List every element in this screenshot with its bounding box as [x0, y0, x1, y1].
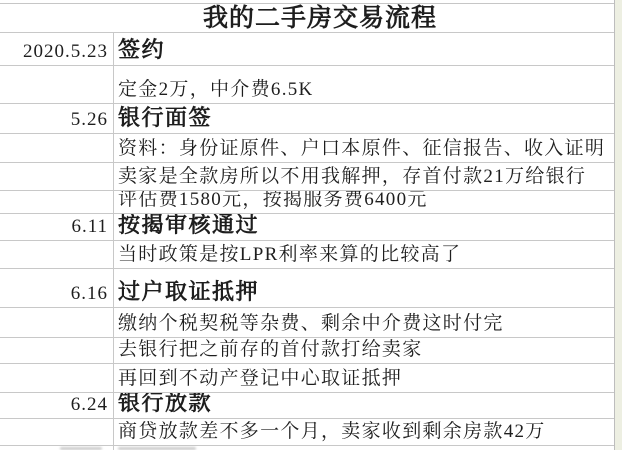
milestone-cell[interactable]: 银行面签	[114, 104, 614, 133]
date-cell[interactable]	[0, 66, 114, 103]
table-row: 6.11 按揭审核通过	[0, 214, 614, 241]
date-cell[interactable]: 6.16	[0, 269, 114, 307]
table-row: 2020.5.23 签约	[0, 33, 614, 66]
milestone-cell[interactable]: 签约	[114, 33, 614, 65]
date-cell[interactable]: 6.24	[0, 393, 114, 418]
table-row: 5.26 银行面签	[0, 104, 614, 134]
table-row: 评估费1580元，按揭服务费6400元	[0, 191, 614, 214]
detail-cell[interactable]: 评估费1580元，按揭服务费6400元	[114, 191, 614, 213]
detail-cell[interactable]: 资料：身份证原件、户口本原件、征信报告、收入证明	[114, 134, 614, 162]
table-row: 资料：身份证原件、户口本原件、征信报告、收入证明	[0, 134, 614, 163]
table-row: 卖家是全款房所以不用我解押，存首付款21万给银行	[0, 163, 614, 191]
date-cell[interactable]	[0, 163, 114, 190]
table-row-cutoff	[0, 446, 614, 450]
table-row: 再回到不动产登记中心取证抵押	[0, 364, 614, 393]
table-row: 定金2万，中介费6.5K	[0, 66, 614, 104]
date-cell[interactable]: 6.11	[0, 214, 114, 240]
table-row-title: 我的二手房交易流程	[0, 4, 614, 33]
table-row: 6.16 过户取证抵押	[0, 269, 614, 308]
milestone-cell[interactable]: 过户取证抵押	[114, 269, 614, 307]
date-cell[interactable]: 2020.5.23	[0, 33, 114, 65]
table-row: 当时政策是按LPR利率来算的比较高了	[0, 241, 614, 269]
milestone-cell[interactable]: 银行放款	[114, 393, 614, 418]
sheet-right-edge	[614, 0, 622, 450]
detail-cell[interactable]: 当时政策是按LPR利率来算的比较高了	[114, 241, 614, 268]
detail-cell[interactable]: 再回到不动产登记中心取证抵押	[114, 364, 614, 392]
milestone-cell[interactable]: 按揭审核通过	[114, 214, 614, 240]
date-cell[interactable]	[0, 191, 114, 213]
date-cell[interactable]	[0, 446, 114, 450]
date-cell[interactable]	[0, 364, 114, 392]
date-cell[interactable]: 5.26	[0, 104, 114, 133]
detail-cell[interactable]: 商贷放款差不多一个月，卖家收到剩余房款42万	[114, 419, 614, 445]
date-cell[interactable]	[0, 134, 114, 162]
table-row: 去银行把之前存的首付款打给卖家	[0, 338, 614, 364]
detail-cell[interactable]: 定金2万，中介费6.5K	[114, 66, 614, 103]
table-row: 商贷放款差不多一个月，卖家收到剩余房款42万	[0, 419, 614, 446]
transaction-timeline-table: 我的二手房交易流程 2020.5.23 签约 定金2万，中介费6.5K 5.26…	[0, 3, 614, 450]
page-title[interactable]: 我的二手房交易流程	[0, 6, 614, 31]
detail-cell[interactable]: 卖家是全款房所以不用我解押，存首付款21万给银行	[114, 163, 614, 190]
table-row: 6.24 银行放款	[0, 393, 614, 419]
date-cell[interactable]	[0, 241, 114, 268]
date-cell[interactable]	[0, 308, 114, 337]
date-cell[interactable]	[0, 419, 114, 445]
detail-cell[interactable]: 缴纳个税契税等杂费、剩余中介费这时付完	[114, 308, 614, 337]
table-row: 缴纳个税契税等杂费、剩余中介费这时付完	[0, 308, 614, 338]
milestone-cell[interactable]	[114, 446, 614, 450]
date-cell[interactable]	[0, 338, 114, 363]
detail-cell[interactable]: 去银行把之前存的首付款打给卖家	[114, 338, 614, 363]
